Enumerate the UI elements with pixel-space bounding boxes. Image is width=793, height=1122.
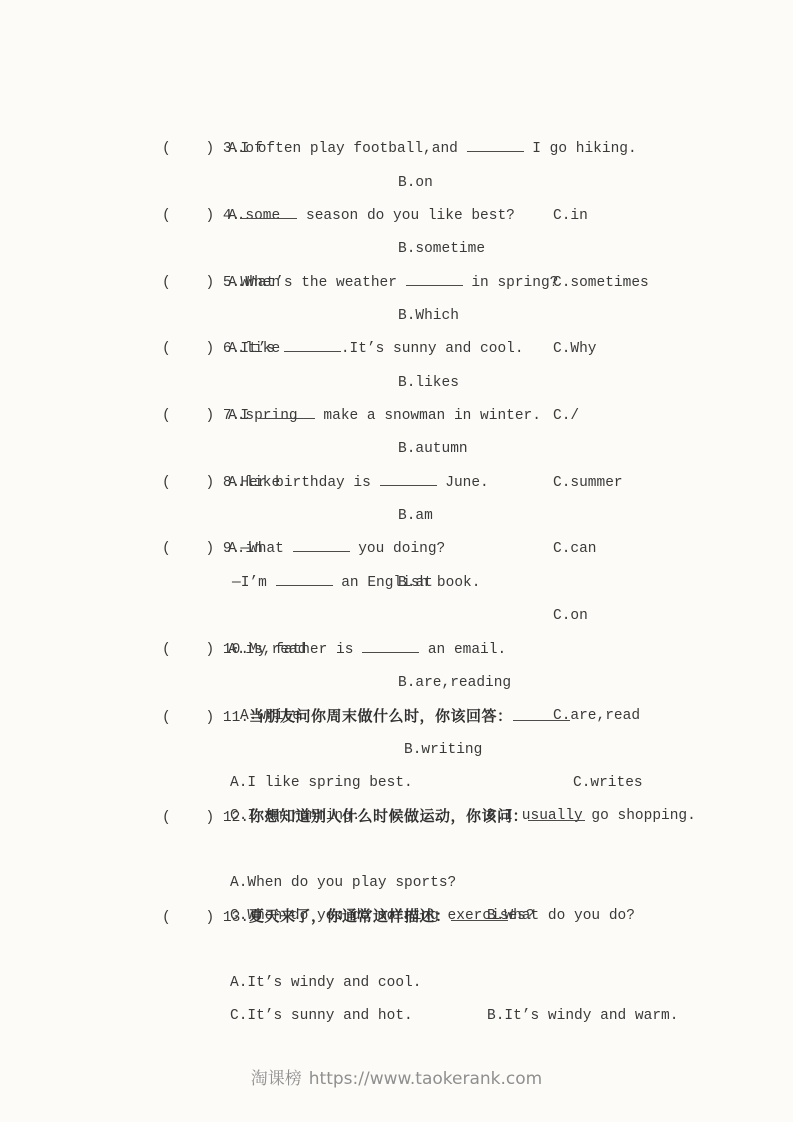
question-text-zh: 夏天来了，你通常这样描述：	[249, 908, 451, 925]
question-text-zh: 你想知道别人什么时候做运动，你该问：	[249, 808, 528, 825]
answer-blank	[284, 339, 341, 352]
question-text-post: June.	[437, 475, 489, 491]
answer-blank	[528, 808, 585, 821]
question-text-post: in spring?	[463, 275, 559, 291]
answer-blank	[276, 573, 333, 586]
question-text-zh: 当朋友问你周末做什么时，你该回答：	[249, 708, 513, 725]
question-text-post: make a snowman in winter.	[315, 408, 541, 424]
question-text-post: season do you like best?	[297, 208, 515, 224]
question-12-options-ab: A.When do you play sports? B.What do you…	[0, 834, 793, 867]
question-11-option-c: C.I am running.	[0, 767, 793, 800]
question-3-options: A.some B.sometime C.sometimes	[0, 167, 793, 200]
question-text-post: an email.	[419, 642, 506, 658]
footer: 淘课榜https://www.taokerank.com	[0, 1064, 793, 1089]
question-9: ( ) 9.—What you doing?	[0, 533, 793, 566]
question-text-pre: ( ) 8.Her birthday is	[162, 475, 380, 491]
question-number: ( ) 11.	[162, 710, 249, 726]
question-text-pre: ( ) 9.—What	[162, 541, 293, 557]
answer-blank	[362, 640, 419, 653]
question-text-post: you doing?	[350, 541, 446, 557]
answer-blank	[467, 139, 524, 152]
option-b: B.It’s windy and warm.	[487, 1000, 678, 1033]
question-8: ( ) 8.Her birthday is June.	[0, 467, 793, 500]
answer-blank	[258, 406, 315, 419]
question-text-pre: ( ) 4.	[162, 208, 240, 224]
question-number: ( ) 12.	[162, 810, 249, 826]
worksheet-page: A.of B.on C.in ( ) 3.I often play footba…	[0, 0, 793, 1122]
question-text-pre: ( ) 7.I	[162, 408, 258, 424]
answer-blank	[293, 539, 350, 552]
question-11: ( ) 11.当朋友问你周末做什么时，你该回答：	[0, 700, 793, 733]
answer-blank	[240, 206, 297, 219]
question-6: ( ) 6.It’s .It’s sunny and cool.	[0, 333, 793, 366]
question-text-pre: —I’m	[232, 575, 276, 591]
answer-blank	[380, 473, 437, 486]
question-text-post: .It’s sunny and cool.	[341, 341, 524, 357]
option-c: C.It’s sunny and hot.	[230, 1000, 413, 1033]
question-9-options: A.is,read B.are,reading C.are,read	[0, 600, 793, 633]
question-6-options: A.spring B.autumn C.summer	[0, 367, 793, 400]
answer-blank	[513, 708, 570, 721]
question-13-options-ab: A.It’s windy and cool. B.It’s windy and …	[0, 934, 793, 967]
question-text-pre: ( ) 3.I often play football,and	[162, 141, 467, 157]
question-3: ( ) 3.I often play football,and I go hik…	[0, 133, 793, 166]
question-number: ( ) 13.	[162, 910, 249, 926]
question-text-post: I go hiking.	[524, 141, 637, 157]
question-10-options: A.write B.writing C.writes	[0, 667, 793, 700]
answer-blank	[451, 908, 508, 921]
question-10: ( ) 10.My father is an email.	[0, 634, 793, 667]
question-text-pre: ( ) 5.What’s the weather	[162, 275, 406, 291]
question-list: A.of B.on C.in ( ) 3.I often play footba…	[0, 0, 793, 1000]
question-12: ( ) 12.你想知道别人什么时候做运动，你该问：	[0, 800, 793, 833]
question-2-options: A.of B.on C.in	[0, 100, 793, 133]
question-11-options-ab: A.I like spring best. B.I usually go sho…	[0, 734, 793, 767]
question-text-pre: ( ) 6.It’s	[162, 341, 284, 357]
question-13: ( ) 13.夏天来了，你通常这样描述：	[0, 900, 793, 933]
question-4: ( ) 4. season do you like best?	[0, 200, 793, 233]
site-url[interactable]: https://www.taokerank.com	[309, 1069, 542, 1089]
question-4-options: A.When B.Which C.Why	[0, 233, 793, 266]
site-name: 淘课榜	[251, 1069, 302, 1089]
question-8-options: A.in B.at C.on	[0, 500, 793, 533]
question-7: ( ) 7.I make a snowman in winter.	[0, 400, 793, 433]
question-12-option-c: C.When do you do morning exercises?	[0, 867, 793, 900]
question-5: ( ) 5.What’s the weather in spring?	[0, 267, 793, 300]
question-5-options: A.like B.likes C./	[0, 300, 793, 333]
question-text-pre: ( ) 10.My father is	[162, 642, 362, 658]
question-7-options: A.like B.am C.can	[0, 433, 793, 466]
answer-blank	[406, 273, 463, 286]
question-13-option-c: C.It’s sunny and hot.	[0, 967, 793, 1000]
question-text-post: an English book.	[333, 575, 481, 591]
question-9-continuation: —I’m an English book.	[0, 567, 793, 600]
